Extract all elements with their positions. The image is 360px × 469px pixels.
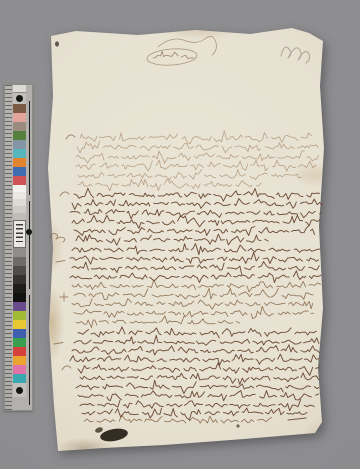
strip-color-patch bbox=[13, 140, 26, 149]
strip-color-patch bbox=[13, 284, 26, 293]
strip-color-patch bbox=[13, 365, 26, 374]
strip-registration-dot bbox=[13, 383, 26, 397]
strip-color-patch bbox=[13, 347, 26, 356]
strip-color-patch bbox=[13, 206, 26, 213]
strip-color-patch bbox=[13, 113, 26, 122]
strip-color-patch bbox=[13, 248, 26, 257]
strip-registration-dot bbox=[13, 93, 26, 104]
strip-color-patch bbox=[13, 185, 26, 192]
strip-color-patch bbox=[13, 329, 26, 338]
strip-color-patch bbox=[13, 158, 26, 167]
strip-color-patch bbox=[13, 275, 26, 284]
strip-color-patch bbox=[13, 213, 26, 220]
strip-color-patch bbox=[13, 192, 26, 199]
color-calibration-strip bbox=[4, 84, 33, 411]
photo-background bbox=[0, 0, 360, 469]
strip-color-patch bbox=[13, 104, 26, 113]
strip-color-patch bbox=[13, 176, 26, 185]
registration-dot-icon bbox=[16, 387, 23, 394]
strip-color-patch bbox=[13, 122, 26, 131]
strip-color-patch bbox=[13, 338, 26, 347]
strip-color-patch bbox=[13, 257, 26, 266]
strip-color-patch bbox=[13, 302, 26, 311]
strip-color-patch bbox=[13, 131, 26, 140]
strip-header bbox=[13, 85, 26, 93]
strip-label-microtext bbox=[16, 224, 23, 244]
strip-color-patch bbox=[13, 356, 26, 365]
strip-patch-column bbox=[13, 85, 26, 413]
strip-color-patch bbox=[13, 374, 26, 383]
registration-dot-icon bbox=[16, 95, 23, 102]
strip-black-line bbox=[29, 295, 31, 405]
strip-color-patch bbox=[13, 149, 26, 158]
strip-black-line bbox=[29, 101, 31, 195]
strip-black-line bbox=[29, 201, 31, 289]
strip-tick-ruler bbox=[5, 85, 12, 410]
strip-color-patch bbox=[13, 311, 26, 320]
strip-color-patch bbox=[13, 199, 26, 206]
strip-color-patch bbox=[13, 167, 26, 176]
strip-color-patch bbox=[13, 266, 26, 275]
manuscript-paper bbox=[46, 26, 326, 452]
strip-color-patch bbox=[13, 293, 26, 302]
strip-label bbox=[13, 220, 26, 248]
strip-spacer bbox=[13, 397, 26, 413]
strip-color-patch bbox=[13, 320, 26, 329]
